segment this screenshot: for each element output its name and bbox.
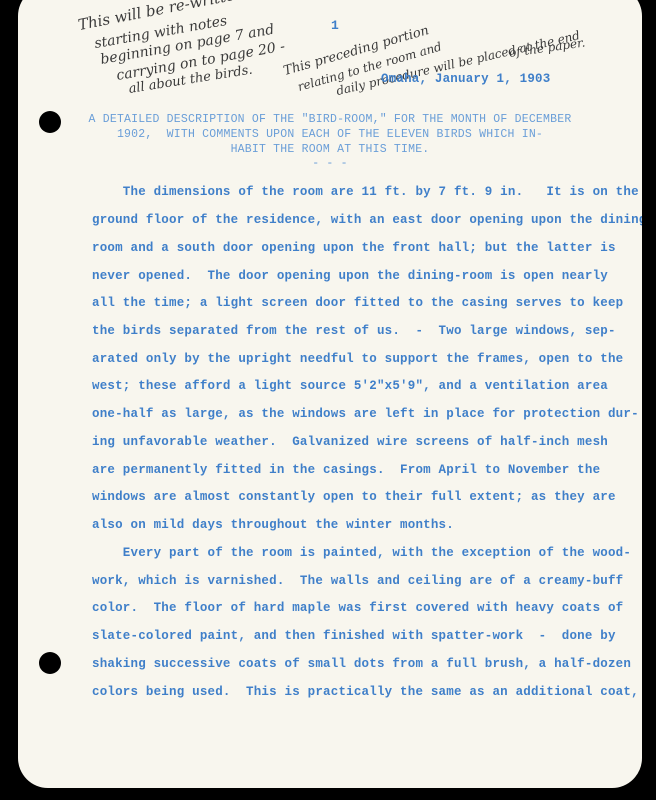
- body-line: colors being used. This is practically t…: [92, 685, 639, 699]
- title-line-3: HABIT THE ROOM AT THIS TIME.: [18, 142, 642, 157]
- punch-hole-bottom: [39, 652, 61, 674]
- body-line: also on mild days throughout the winter …: [92, 518, 454, 532]
- title-line-1: A DETAILED DESCRIPTION OF THE "BIRD-ROOM…: [18, 112, 642, 127]
- body-line: ing unfavorable weather. Galvanized wire…: [92, 435, 608, 449]
- place-date: Omaha, January 1, 1903: [381, 72, 550, 86]
- document-page: 1 This will be re-written, starting with…: [18, 0, 642, 788]
- body-line: color. The floor of hard maple was first…: [92, 601, 623, 615]
- body-line: ground floor of the residence, with an e…: [92, 213, 642, 227]
- body-line: Every part of the room is painted, with …: [92, 546, 631, 560]
- body-line: work, which is varnished. The walls and …: [92, 574, 623, 588]
- body-line: arated only by the upright needful to su…: [92, 352, 623, 366]
- body-line: are permanently fitted in the casings. F…: [92, 463, 600, 477]
- body-line: west; these afford a light source 5'2"x5…: [92, 379, 608, 393]
- body-line: room and a south door opening upon the f…: [92, 241, 616, 255]
- body-line: never opened. The door opening upon the …: [92, 269, 608, 283]
- body-line: The dimensions of the room are 11 ft. by…: [92, 185, 639, 199]
- body-line: the birds separated from the rest of us.…: [92, 324, 616, 338]
- title-line-2: 1902, WITH COMMENTS UPON EACH OF THE ELE…: [18, 127, 642, 142]
- page-number: 1: [331, 18, 339, 33]
- title-separator: - - -: [18, 156, 642, 171]
- body-line: slate-colored paint, and then finished w…: [92, 629, 616, 643]
- body-line: one-half as large, as the windows are le…: [92, 407, 639, 421]
- body-line: all the time; a light screen door fitted…: [92, 296, 623, 310]
- body-line: windows are almost constantly open to th…: [92, 490, 616, 504]
- body-line: shaking successive coats of small dots f…: [92, 657, 631, 671]
